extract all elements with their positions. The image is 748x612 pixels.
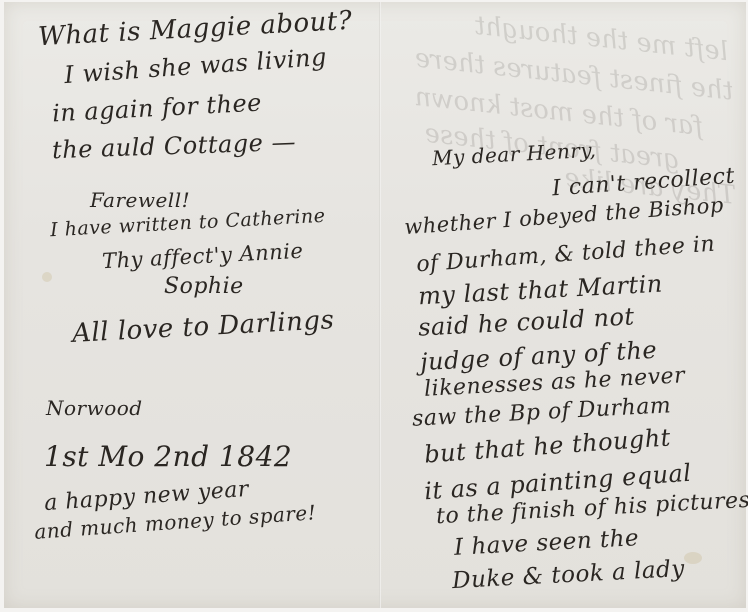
letter-line: I have seen the — [453, 525, 639, 561]
letter-line: of Durham, & told thee in — [415, 232, 715, 278]
signoff-line: Thy affect'y Annie — [102, 239, 304, 274]
postscript-line: All love to Darlings — [71, 305, 335, 349]
letter-line: in again for thee — [51, 89, 262, 128]
letter-sheet: left me the thought the finest features … — [4, 2, 746, 608]
date-line: 1st Mo 2nd 1842 — [44, 440, 292, 473]
letter-line: I wish she was living — [63, 43, 327, 89]
letter-line: the auld Cottage — — [52, 128, 297, 164]
paper-stain — [42, 272, 52, 282]
paper-stain — [684, 552, 702, 564]
signature: Sophie — [164, 274, 244, 299]
place-line: Norwood — [46, 396, 143, 420]
letter-line: Farewell! — [90, 188, 190, 212]
letter-line: Duke & took a lady — [451, 556, 685, 594]
center-fold — [379, 2, 381, 608]
